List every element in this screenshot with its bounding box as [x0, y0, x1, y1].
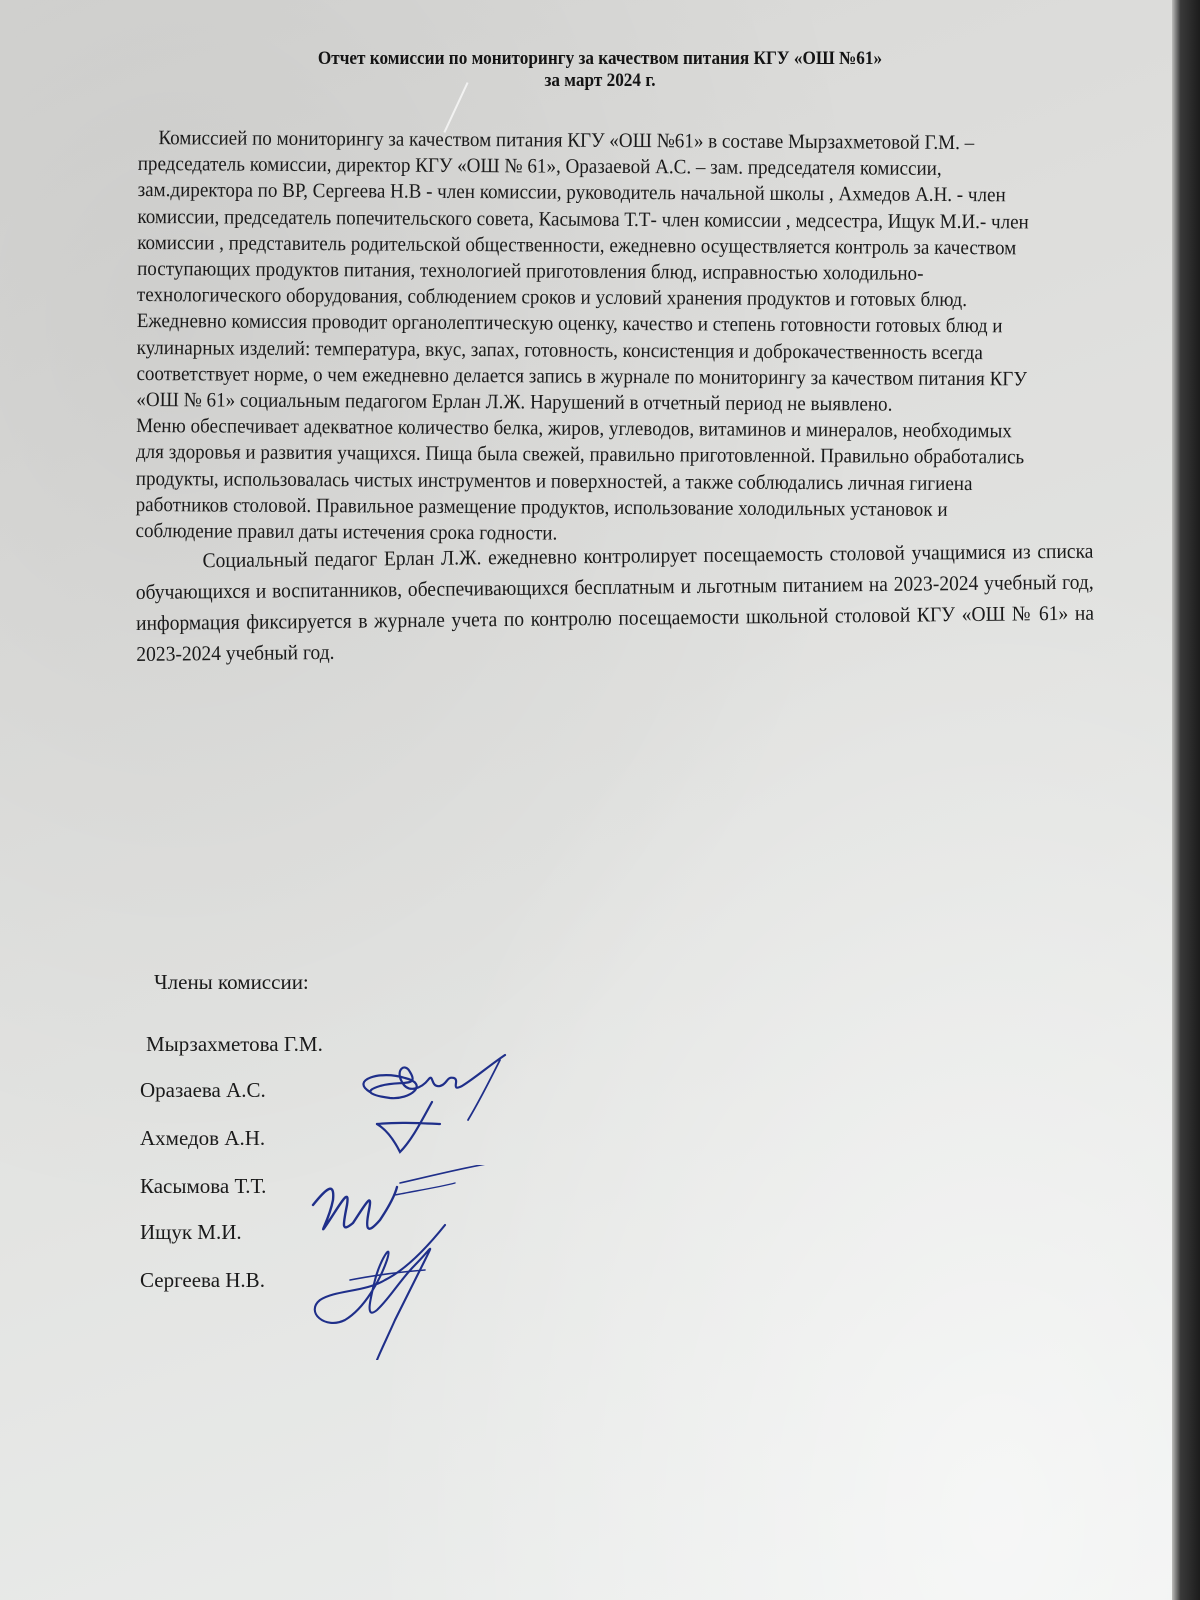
- members-heading: Члены комиссии:: [154, 970, 309, 995]
- member-name: Сергеева Н.В.: [140, 1268, 265, 1293]
- paragraph-commission-composition: Комиссией по мониторингу за качеством пи…: [136, 125, 1044, 419]
- document-title: Отчет комиссии по мониторингу за качеств…: [228, 48, 972, 92]
- title-line-2: за март 2024 г.: [228, 70, 972, 92]
- member-name: Мырзахметова Г.М.: [146, 1032, 323, 1057]
- signature-akhmedov-icon: [372, 1100, 462, 1160]
- signature-sergeeva-icon: [305, 1220, 455, 1360]
- background-edge: [1172, 0, 1200, 1600]
- document-page: Отчет комиссии по мониторингу за качеств…: [0, 0, 1172, 1600]
- paragraph-attendance-control: Социальный педагог Ерлан Л.Ж. ежедневно …: [135, 536, 1094, 670]
- member-name: Касымова Т.Т.: [140, 1174, 266, 1199]
- member-name: Ищук М.И.: [140, 1220, 242, 1245]
- paragraph-menu-quality: Меню обеспечивает адекватное количество …: [135, 413, 1043, 550]
- member-name: Ахмедов А.Н.: [140, 1126, 265, 1151]
- document-body: Комиссией по мониторингу за качеством пи…: [135, 125, 1045, 676]
- member-name: Оразаева А.С.: [140, 1078, 266, 1103]
- title-line-1: Отчет комиссии по мониторингу за качеств…: [228, 48, 972, 70]
